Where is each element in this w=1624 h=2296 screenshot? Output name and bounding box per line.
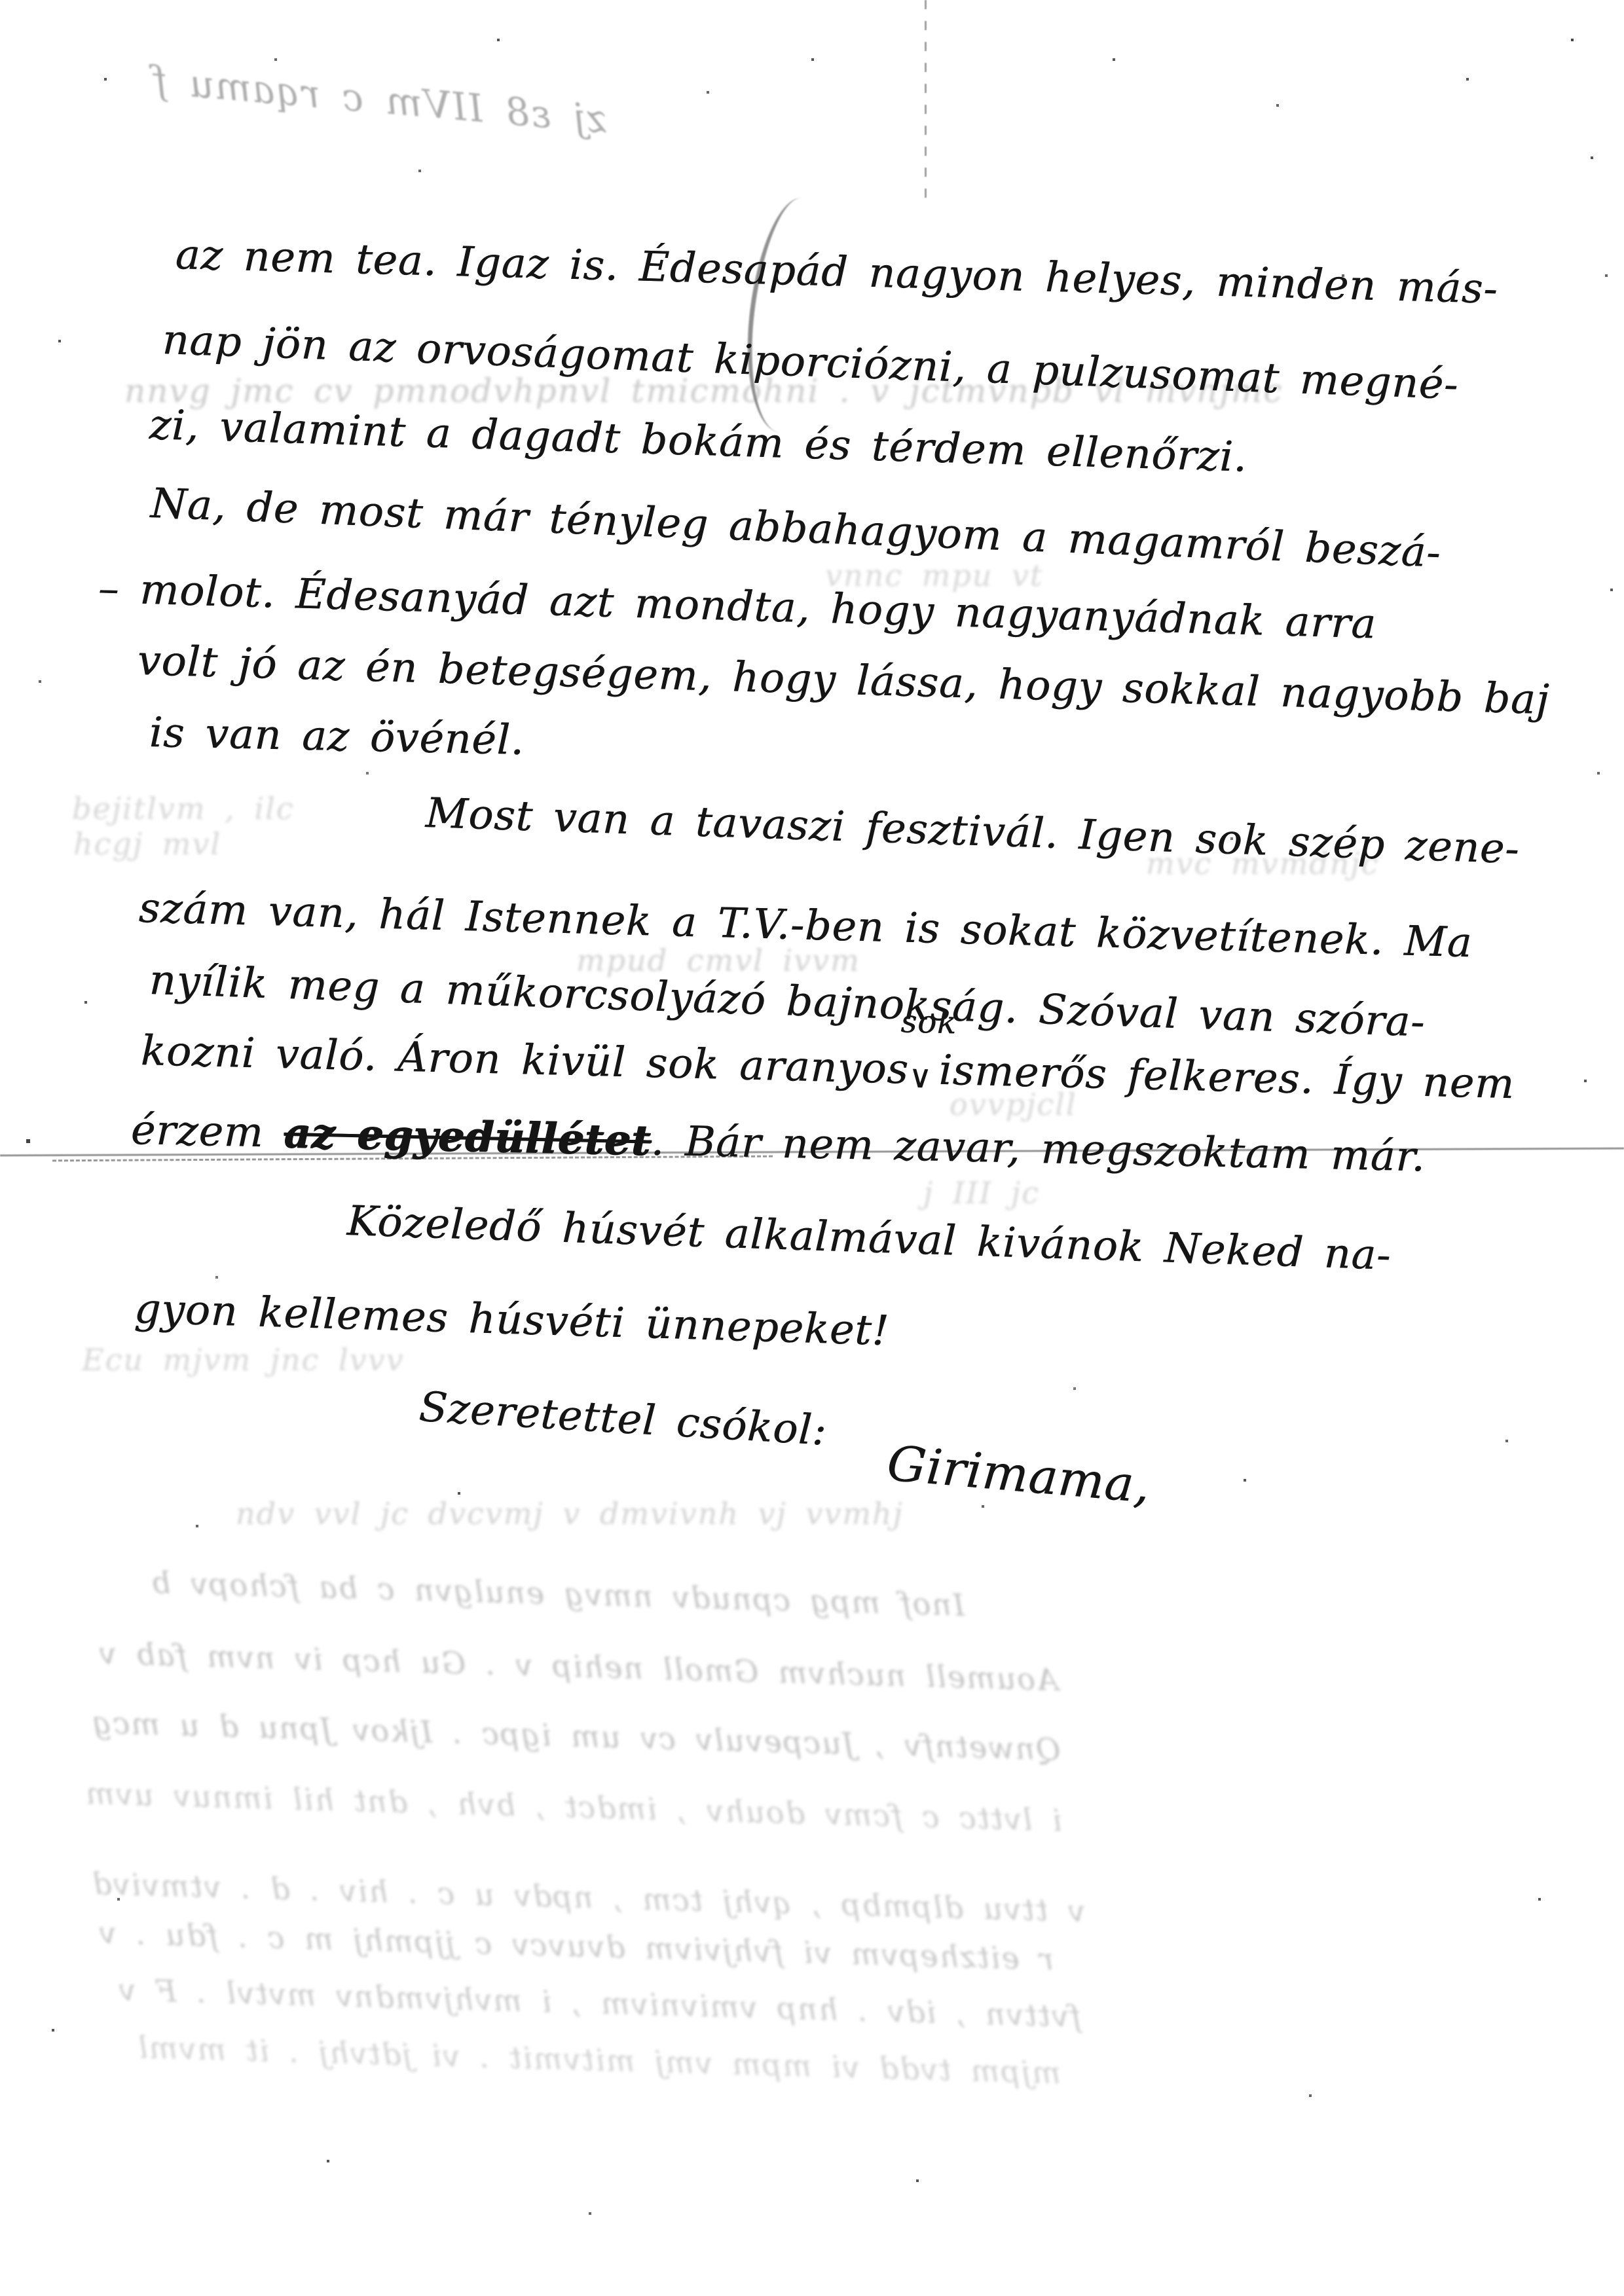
bleed-through-header: zj ε8 IIVm c rqamu f [150,58,608,142]
letter-line: – molot. Édesanyád azt mondta, hogy nagy… [98,564,1377,647]
bleed-through-line: Qnwetnfv , Jucpevulv cv um igpc . Ijkov … [90,1705,1061,1767]
smeared-words: az egyedüllétet [284,1108,652,1165]
bleed-through-line: i lvttc c fcmv douhv , imdct , bvh , dnt… [84,1776,1062,1838]
ghost-smudge: hcgj mvl [73,826,221,862]
line-text-pre: kozni való. Áron kivül sok aranyos [140,1027,910,1093]
bleed-through-line: Aoumell nuchvm Gmoll nehip v . Gu hcp iv… [97,1635,1059,1698]
inserted-word: sok [900,1003,957,1041]
scanner-streak [925,0,927,203]
insertion-mark: ∨sok [908,1046,940,1094]
ghost-smudge: bejitlvm , ilc [72,791,295,826]
line-text-pre: érzem [130,1106,284,1157]
scan-noise-speckles [0,0,1,1]
insertion-caret: ∨ [908,1059,932,1096]
letter-line-with-strikethrough: érzem az egyedüllétet. Bár nem zavar, me… [130,1105,1426,1180]
ghost-smudge: ndv vvl jc dvcvmj v dmvivnh vj vvmhj [236,1496,904,1531]
line-text-post: . Bár nem zavar, megszoktam már. [650,1117,1426,1181]
bleed-through-line: mjpm tvdd vi mpm vmj mitvmit . vi jdtvhj… [136,2030,1061,2090]
letter-line: volt jó az én betegségem, hogy lássa, ho… [137,636,1550,723]
bleed-through-line: fvttvn , idv . hnp vmivnivm , i mvhjvmdn… [117,1972,1081,2034]
letter-line: zi, valamint a dagadt bokám és térdem el… [149,401,1248,481]
letter-line: Közeledő húsvét alkalmával kivánok Neked… [346,1197,1392,1279]
letter-line: Na, de most már tényleg abbahagyom a mag… [150,479,1442,577]
letter-line: is van az övénél. [149,708,525,764]
letter-line: Most van a tavaszi fesztivál. Igen sok s… [425,789,1521,873]
bleed-through-line: Inof mpg cpnudv nmvg enulgvn c ba fchopv… [149,1565,965,1623]
bleed-through-line: r eitzhepvm vi fvhjvivm dvuvcv c jjpmhj … [97,1915,1054,1977]
letter-scan-page: zj ε8 IIVm c rqamu f nnvg jmc cv pmnodvh… [0,0,1624,2296]
closing-line: Szeretettel csókol: [418,1383,828,1455]
ghost-smudge: Ecu mjvm jnc lvvv [82,1342,405,1377]
signature: Girimama, [885,1435,1153,1514]
ghost-smudge: j III jc [923,1175,1040,1211]
letter-line: az nem tea. Igaz is. Édesapád nagyon hel… [175,230,1499,313]
